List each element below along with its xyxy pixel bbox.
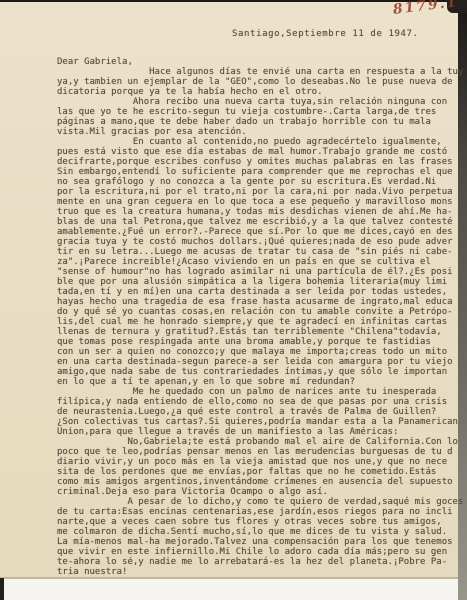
scanned-letter-photo: 8179.1 Santiago,Septiembre 11 de 1947. D… (0, 0, 467, 600)
letter-body-text: Dear Gabriela, Hace algunos días te envi… (57, 57, 463, 578)
scan-edge-bottom-left (0, 578, 4, 600)
scan-backdrop (0, 579, 467, 600)
letter-date-line: Santiago,Septiembre 11 de 1947. (232, 29, 419, 39)
